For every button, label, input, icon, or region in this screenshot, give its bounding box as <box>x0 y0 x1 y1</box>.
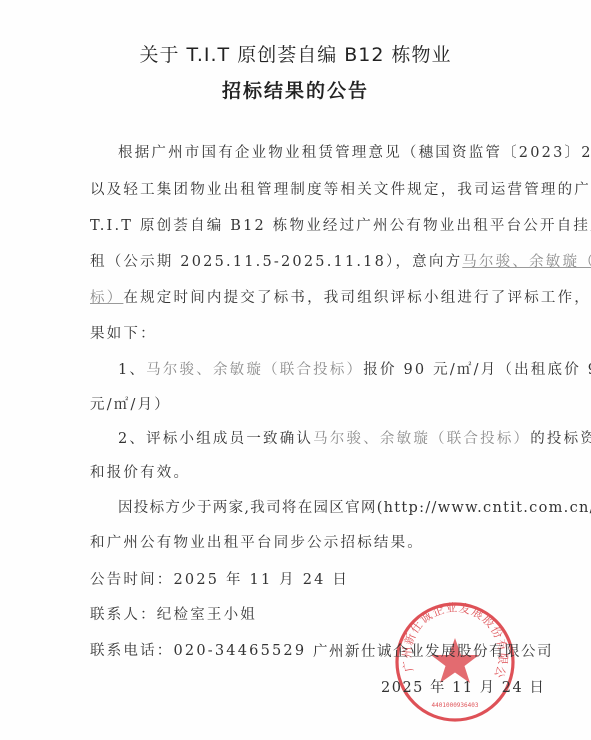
document-page: 关于 T.I.T 原创荟自编 B12 栋物业 招标结果的公告 根据广州市国有企业… <box>0 0 591 740</box>
result-item-2-cont: 和报价有效。 <box>90 461 190 482</box>
document-title-line1: 关于 T.I.T 原创荟自编 B12 栋物业 <box>0 40 591 67</box>
contact-phone: 联系电话：020-34465529 <box>90 639 306 660</box>
result-item-1: 1、马尔骏、余敏璇（联合投标）报价 90 元/㎡/月（出租底价 90 <box>118 358 591 379</box>
paragraph2-line2: 和广州公有物业出租平台同步公示招标结果。 <box>90 531 424 552</box>
result-item-1-cont: 元/㎡/月） <box>90 393 171 414</box>
result-item-2: 2、评标小组成员一致确认马尔骏、余敏璇（联合投标）的投标资格 <box>118 427 591 448</box>
result-item-2-bidder: 马尔骏、余敏璇（联合投标） <box>313 431 530 447</box>
result-item-2-text: 的投标资格 <box>530 431 591 447</box>
official-seal-icon: 广州新仕诚企业发展股份有限公司 4401000936403 <box>393 600 517 724</box>
document-title-line2: 招标结果的公告 <box>0 76 591 103</box>
contact-person: 联系人：纪检室王小姐 <box>90 603 257 624</box>
paragraph1-line3: T.I.T 原创荟自编 B12 栋物业经过广州公有物业出租平台公开自挂牌招 <box>90 214 591 235</box>
paragraph1-line5-text: 在规定时间内提交了标书，我司组织评标小组进行了评标工作，结 <box>123 290 591 306</box>
svg-text:4401000936403: 4401000936403 <box>432 702 479 709</box>
result-item-2-prefix: 2、评标小组成员一致确认 <box>118 431 313 447</box>
paragraph1-line4: 租（公示期 2025.11.5-2025.11.18），意向方马尔骏、余敏璇（联… <box>90 250 591 271</box>
result-item-1-bidder: 马尔骏、余敏璇（联合投标） <box>146 362 363 378</box>
announce-time: 公告时间：2025 年 11 月 24 日 <box>90 568 349 589</box>
bidder-name-highlight-cont: 标） <box>90 290 123 306</box>
paragraph1-line1: 根据广州市国有企业物业租赁管理意见（穗国资监管〔2023〕27 号） <box>118 141 591 162</box>
result-item-1-text: 报价 90 元/㎡/月（出租底价 90 <box>363 362 591 378</box>
paragraph1-line4-text: 租（公示期 2025.11.5-2025.11.18），意向方 <box>90 254 462 270</box>
signature-date: 2025 年 11 月 24 日 <box>381 676 545 697</box>
signature-company: 广州新仕诚企业发展股份有限公司 <box>313 640 553 661</box>
bidder-name-highlight: 马尔骏、余敏璇（联合投 <box>462 254 591 270</box>
paragraph1-line2: 以及轻工集团物业出租管理制度等相关文件规定，我司运营管理的广州 <box>90 178 591 199</box>
result-item-1-prefix: 1、 <box>118 362 146 378</box>
paragraph1-line6: 果如下： <box>90 322 157 343</box>
paragraph2-line1: 因投标方少于两家,我司将在园区官网(http://www.cntit.com.c… <box>118 496 591 517</box>
paragraph1-line5: 标）在规定时间内提交了标书，我司组织评标小组进行了评标工作，结 <box>90 286 591 307</box>
